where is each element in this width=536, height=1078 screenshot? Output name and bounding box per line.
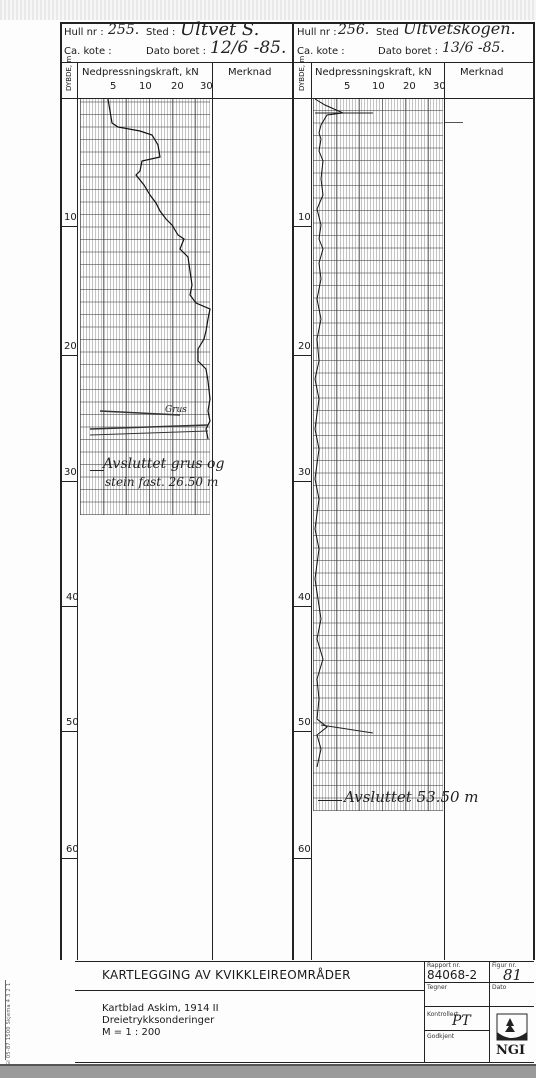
depth-40: 40	[66, 592, 79, 603]
depth-30: 30	[298, 467, 311, 478]
depth-20: 20	[64, 341, 77, 352]
force-column-label: Nedpressningskraft, kN	[315, 67, 432, 78]
end-marker-line	[318, 800, 342, 801]
method-line: Dreietrykksonderinger	[102, 1015, 214, 1026]
force-tick-10: 10	[372, 81, 385, 92]
depth-60: 60	[298, 844, 311, 855]
ngi-logo-text: NGI	[496, 1043, 525, 1058]
depth-50: 50	[298, 717, 311, 728]
log2-depth-col-line	[311, 62, 312, 960]
godkjent-label: Godkjent	[427, 1033, 454, 1040]
depth-tick	[293, 226, 312, 227]
tb-vline	[424, 961, 425, 1062]
log1-force-trace	[80, 99, 210, 515]
depth-tick	[61, 858, 78, 859]
figur-number: 81	[503, 966, 522, 984]
scan-bottom-strip	[0, 1064, 536, 1078]
header-rule	[60, 62, 294, 63]
depth-tick	[61, 731, 78, 732]
remark-column-label: Merknad	[460, 67, 504, 78]
inline-note-grus: Grus	[165, 405, 187, 415]
dato-value: 12/6 -85.	[210, 38, 286, 58]
hull-number: 256.	[338, 22, 369, 38]
log1-depth-col-line	[77, 62, 78, 960]
project-title: KARTLEGGING AV KVIKKLEIREOMRÅDER	[102, 968, 351, 982]
dato-label: Dato boret :	[146, 46, 206, 57]
tb-rule	[424, 1030, 489, 1031]
sted-label: Sted :	[146, 27, 175, 38]
tb-rule	[75, 990, 425, 991]
depth-50: 50	[66, 717, 79, 728]
log2-force-trace	[313, 99, 443, 811]
force-tick-5: 5	[344, 81, 350, 92]
scan-noise-strip	[0, 0, 536, 20]
header-rule	[292, 62, 535, 63]
dato-label: Dato boret :	[378, 46, 438, 57]
depth-tick	[61, 226, 78, 227]
force-tick-20: 20	[171, 81, 184, 92]
sted-label: Sted	[376, 27, 399, 38]
force-tick-30: 30	[200, 81, 213, 92]
hull-label: Hull nr :	[64, 27, 104, 38]
dato-label: Dato	[492, 984, 506, 991]
dato-value: 13/6 -85.	[442, 40, 505, 56]
log1-remark-col-line	[212, 62, 213, 960]
depth-tick	[293, 858, 312, 859]
depth-tick	[293, 606, 312, 607]
tegner-label: Tegner	[427, 984, 447, 991]
force-column-label: Nedpressningskraft, kN	[82, 67, 199, 78]
scale-line: M = 1 : 200	[102, 1027, 161, 1038]
force-tick-30: 30	[433, 81, 446, 92]
depth-tick	[293, 731, 312, 732]
kontrollert-initials: PT	[452, 1013, 471, 1029]
frame-right	[533, 22, 535, 960]
tree-icon	[493, 1012, 531, 1044]
depth-30: 30	[64, 467, 77, 478]
force-tick-5: 5	[110, 81, 116, 92]
depth-tick	[61, 481, 78, 482]
depth-column-label: DYBDE, m	[65, 56, 73, 91]
sted-value: Ultvet S.	[180, 19, 259, 40]
tb-top	[75, 961, 534, 962]
frame-left	[60, 22, 62, 960]
annotation-text: Avsluttet 53.50 m	[344, 788, 479, 806]
tb-rule	[424, 1006, 534, 1007]
log-sheet: Hull nr : 255. Sted : Ultvet S. Ca. kote…	[0, 0, 536, 1078]
log-divider	[292, 22, 294, 960]
sted-value: Ultvetskogen.	[403, 19, 516, 38]
depth-tick	[293, 355, 312, 356]
log2-remark-col-line	[444, 62, 445, 960]
depth-10: 10	[64, 212, 77, 223]
hull-label: Hull nr :	[297, 27, 337, 38]
ngi-logo: NGI	[493, 1012, 531, 1060]
tb-vline	[489, 961, 490, 1062]
depth-20: 20	[298, 341, 311, 352]
depth-tick	[293, 481, 312, 482]
depth-40: 40	[298, 592, 311, 603]
depth-60: 60	[66, 844, 79, 855]
map-sheet-line: Kartblad Askim, 1914 II	[102, 1003, 219, 1014]
depth-tick	[61, 606, 78, 607]
remark-marker	[445, 122, 463, 123]
annotation-line-2: stein fast. 26.50 m	[105, 475, 218, 489]
end-marker-line	[90, 470, 104, 471]
tb-bottom	[75, 1062, 534, 1063]
form-code: NGI 05-87 1500 Skjema 4 3 2 1	[6, 983, 12, 1070]
hull-number: 255.	[108, 22, 139, 38]
scan-bottom-edge	[0, 1064, 536, 1066]
force-tick-20: 20	[403, 81, 416, 92]
annotation-line-1: Avsluttet grus og	[103, 456, 224, 472]
rapport-number: 84068-2	[427, 968, 477, 982]
force-tick-10: 10	[139, 81, 152, 92]
depth-tick	[61, 355, 78, 356]
remark-column-label: Merknad	[228, 67, 272, 78]
depth-10: 10	[298, 212, 311, 223]
depth-column-label: DYBDE, m	[298, 56, 306, 91]
